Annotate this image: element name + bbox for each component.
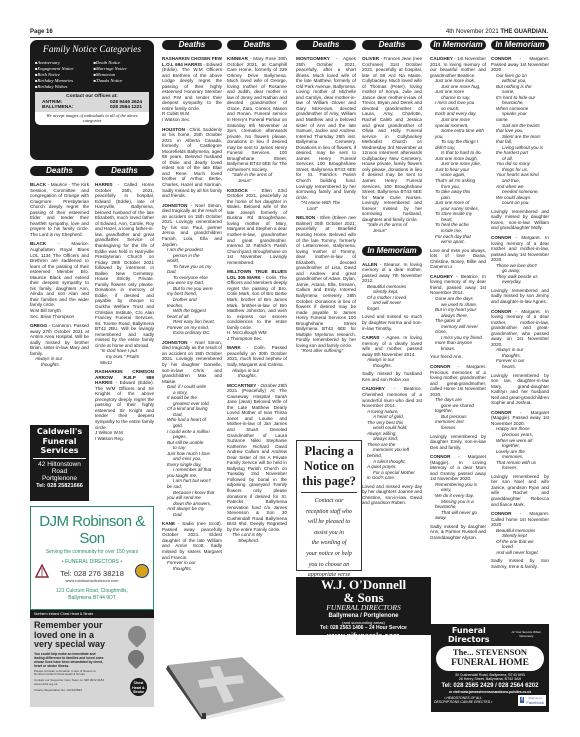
notice-text: BLACK - Maurice. Aughafatten Royal Blues… xyxy=(30,241,89,308)
ad-headstones: • HEADSTONES OF ALL DESCRIPTIONS CAN BE … xyxy=(434,696,492,705)
notice-name: JOHNSTON xyxy=(162,203,187,208)
divider xyxy=(301,492,357,493)
notice-body: - Cameron. Passed away 27th October 2021… xyxy=(30,323,89,356)
notices-list: CAUGHEY - 1st November 2014. In loving m… xyxy=(430,56,486,540)
ad-service: FUNERAL DIRECTORS xyxy=(296,604,431,613)
notice-entry: CONNOR - Margaret. In loving memory of a… xyxy=(491,309,549,406)
notice-body: - Colin. The Officers and Members deeply… xyxy=(227,275,287,330)
headline-line: Notice on xyxy=(297,459,361,474)
notice-text: CONNOR - Margaret. In loving memory of a… xyxy=(491,235,549,263)
notice-name: KISSOCK xyxy=(227,188,248,193)
verse-line: hearts. xyxy=(496,364,549,370)
notice-body: - Sadie (nee Scott). Passed away peacefu… xyxy=(162,521,222,559)
notice-name: CONNOR xyxy=(491,235,511,240)
notice-verse: Beautiful memoriesSilently keptOf the on… xyxy=(491,528,549,556)
notice-entry: CONNOR - Margaret (Maggie). Passed away … xyxy=(491,410,549,507)
notice-verse: "Safe in the arms ofJesus" xyxy=(227,172,287,183)
notice-body: - Chris. Suddenly at his home, 25th Octo… xyxy=(162,127,222,199)
notice-entry: JOHNSTON - Noel Simon, died tragically a… xyxy=(162,340,222,518)
address-line: 42 Hiltonstown xyxy=(30,461,89,468)
verse-line: Jesus" xyxy=(232,178,287,184)
column-7: In Memoriam CAUGHEY - 1st November 2014.… xyxy=(430,40,486,544)
verse-line: 56v11 xyxy=(100,360,154,366)
ad-body: You could help make an immediate and las… xyxy=(30,652,110,668)
notice-entry: CAUGHEY - Beatrice. Cherished memories o… xyxy=(362,386,422,505)
verse-line: Jesus" xyxy=(367,228,422,234)
ad-tagline: At Your Service When Necessary xyxy=(507,630,546,638)
notice-entry: GREGG - Cameron. Passed away 27th Octobe… xyxy=(30,323,89,367)
notice-body: - Ellen 23rd October 2021, peacefully at… xyxy=(227,188,287,265)
notice-verse: Our lives go onwithout you,But nothing i… xyxy=(491,73,549,206)
notice-text: RASHARKIN CHOSEN FEW L.O.L 694 HARRIS - … xyxy=(162,56,222,111)
dateline: 4th November 2021 THE GUARDIAN. xyxy=(446,29,548,35)
notice-text: CAUGHEY - Beatrice. In loving memory of … xyxy=(430,274,486,296)
verse-line: count on you. xyxy=(496,200,549,206)
column-8: In Memoriam CONNOR - Margaret. Passed aw… xyxy=(491,40,549,574)
notice-text: KANE - Sadie (nee Scott). Passed away pe… xyxy=(162,521,222,560)
notice-text: RASHARKIN CRIMSON ARROW R.B.P 989 HARRIS… xyxy=(95,369,154,430)
notice-entry: HARRIS - Called Home October 25th, 2021,… xyxy=(95,182,154,365)
notice-entry: BLACK - Maurice - The Kirk Session, Comm… xyxy=(30,182,89,237)
verse-line: Some extra time with xyxy=(435,128,486,134)
notice-name: HARRIS xyxy=(95,182,113,187)
notice-body: - Maurice - The Kirk Session, Committee … xyxy=(30,182,89,237)
address-line: Portglenone xyxy=(30,475,89,482)
notice-entry: KANE - Sadie (nee Scott). Passed away pe… xyxy=(162,521,222,571)
body-line: your notice or help xyxy=(297,549,361,560)
notice-entry: ALLEN - Eleanor. In loving memory of a d… xyxy=(362,262,422,332)
ad-title: Caldwell's Funeral Services xyxy=(30,427,89,456)
notice-text: NELSON - Ellen (Eileen nee Balmer) 25th … xyxy=(296,215,356,348)
notice-entry: KINNEAR - Mary Rose 30th October 2021, a… xyxy=(227,56,287,184)
address-line: Ballymena BT44 9DT xyxy=(31,595,153,602)
notice-signature: I Watson Reg. xyxy=(95,436,154,442)
notice-entry: CAUGHEY - 1st November 2014. In loving m… xyxy=(430,56,486,270)
notice-text: MARK - Colin. Passed peacefully on 30th … xyxy=(227,345,287,367)
column-2: Deaths HARRIS - Called Home October 25th… xyxy=(95,166,154,445)
ad-phone: Tel: 028 25821666 xyxy=(30,483,89,489)
notice-entry: CONNOR - Margaret. Called home 1st Novem… xyxy=(491,511,549,569)
ad-tagline: Serving the community for over 150 years xyxy=(31,549,153,555)
notice-verse: "At Home With TheLord" xyxy=(296,200,356,211)
notice-signoff: Loved and missed so much by daughter Nor… xyxy=(362,314,422,331)
category-item: Marriage Notice xyxy=(94,66,150,71)
section-header-in-memoriam: In Memoriam xyxy=(362,246,422,256)
ad-headline: Placing a Notice on this page? xyxy=(297,444,361,489)
notice-body: - Margaret. In loving memory of a dear m… xyxy=(491,309,549,347)
notice-entry: MCCARTNEY - October 28th 2021 (Peacefull… xyxy=(227,383,287,544)
notice-entry: NELSON - Ellen (Eileen nee Balmer) 25th … xyxy=(296,215,356,354)
notice-text: ALLEN - Eleanor. In loving memory of a d… xyxy=(362,262,422,284)
notice-name: BLACK xyxy=(30,241,46,246)
notice-signature: J Thompson Sec. xyxy=(227,336,287,342)
notice-signoff: Lovingly remembered and sadly missed by … xyxy=(491,209,549,231)
address-line: Road xyxy=(30,468,89,475)
ad-title: DJM Robinson & Son xyxy=(31,513,153,547)
notice-verse: The Lord is MyShepherd. xyxy=(227,532,287,543)
section-header-deaths: Deaths xyxy=(296,40,356,50)
notice-body: - Edward (Eddie). The W/M Officers and S… xyxy=(95,380,154,429)
notice-verse: Forever in ourthoughts. xyxy=(162,560,222,571)
notices-list: MONTGOMERY - Agnes 25th October 2021, pe… xyxy=(296,56,356,354)
notice-name: MCCARTNEY xyxy=(227,383,256,388)
notice-entry: CONNOR - Margaret. In loving memory of a… xyxy=(491,235,549,305)
column-5: Deaths MONTGOMERY - Agnes 25th October 2… xyxy=(296,40,356,358)
association-logo-icon xyxy=(35,564,49,578)
headline-line: Placing a xyxy=(297,444,361,459)
verse-line: "Rest after suffering" xyxy=(301,348,356,354)
notice-name: CAUGHEY xyxy=(362,386,385,391)
notice-name: CONNOR xyxy=(491,56,511,61)
notice-name: KANE xyxy=(162,521,175,526)
notice-body: - Ellen (Eileen nee Balmer) 25th October… xyxy=(296,215,356,348)
category-item: Memorian xyxy=(94,72,150,77)
ad-stevenson-funeral-home: Funeral Directors At Your Service When N… xyxy=(431,624,549,712)
facebook-badge[interactable]: f Find us on Facebook xyxy=(518,695,546,706)
column-4: Deaths KINNEAR - Mary Rose 30th October … xyxy=(227,40,287,547)
ad-title: The... STEVENSON FUNERAL HOME xyxy=(436,646,544,671)
notice-body: - October 28th 2021 (Peacefully) At The … xyxy=(227,383,287,532)
notice-verse: A loving nature,A heart of gold,The very… xyxy=(362,409,422,481)
notice-signoff: Loved and missed every day by her daught… xyxy=(362,484,422,506)
notices-list: KINNEAR - Mary Rose 30th October 2021, a… xyxy=(227,56,287,543)
notice-text: MCCARTNEY - October 28th 2021 (Peacefull… xyxy=(227,383,287,533)
notice-verse: I am the proudestperson in theworld,To h… xyxy=(162,247,222,336)
ad-service: • FUNERAL DIRECTORS • xyxy=(31,559,153,565)
notice-text: HARRIS - Called Home October 25th, 2021,… xyxy=(95,182,154,348)
notice-name: CONNOR xyxy=(430,454,450,459)
notice-entry: RASHARKIN CHOSEN FEW L.O.L 694 HARRIS - … xyxy=(162,56,222,123)
notice-text: CONNOR - Margaret. Called home 1st Novem… xyxy=(491,511,549,528)
section-header-in-memoriam: In Memoriam xyxy=(430,40,486,50)
category-item: Death Notice xyxy=(94,60,150,65)
notice-verse: Happy are thoseprecious years,When we we… xyxy=(491,426,549,470)
category-item: Thanks Notice xyxy=(94,78,150,83)
divider xyxy=(33,458,86,459)
verse-line: thoughts. xyxy=(232,373,287,379)
notice-name: HOUSTON xyxy=(162,127,185,132)
notice-signoff: Lovingly remembered by her son Noel and … xyxy=(491,474,549,507)
notice-verse: Just one more look,Just one more hug,Jus… xyxy=(430,78,486,244)
notice-text: HOUSTON - Chris. Suddenly at his home, 2… xyxy=(162,127,222,199)
verse-line: thoughts. xyxy=(35,362,89,368)
ad-caldwells-funeral-services: Caldwell's Funeral Services 42 Hiltonsto… xyxy=(30,425,89,501)
verse-line: in God's care. xyxy=(367,475,422,481)
notices-list: CONNOR - Margaret. Passed away 1st Novem… xyxy=(491,56,549,570)
contact-offices: Contact our Offices at: ANTRIM: 028 9446… xyxy=(35,92,149,112)
notice-verse: Those we love don'tgo away,They walk bes… xyxy=(491,263,549,285)
notice-name: JOHNSTON xyxy=(162,340,187,345)
notice-entry: KISSOCK - Ellen 23rd October 2021, peace… xyxy=(227,188,287,266)
notices-list: RASHARKIN CHOSEN FEW L.O.L 694 HARRIS - … xyxy=(162,56,222,571)
ad-footer: • HEADSTONES OF ALL DESCRIPTIONS CAN BE … xyxy=(431,694,549,707)
notice-text: JOHNSTON - Noel Simon, died tragically a… xyxy=(162,340,222,384)
category-item: Engagement Notice xyxy=(35,66,91,71)
verse-line: Rest easy lion heart, xyxy=(167,319,222,325)
notice-signoff: Lovingly remembered by daughter Emily, s… xyxy=(430,434,486,451)
notice-verse: Beautiful memoriessilently kept,Of a mot… xyxy=(362,284,422,312)
title-line: The... STEVENSON xyxy=(436,646,544,658)
notice-text: OLIVER - Frances Jean (nee Cochrane) 31s… xyxy=(362,56,422,222)
notice-signoff: Your friend Ann. xyxy=(430,354,486,360)
images-note: We accept images of individuals in all o… xyxy=(35,112,149,125)
verse-line: Extra ordinary DC. xyxy=(167,330,222,336)
notice-entry: CONNOR - Margaret. Precious memories of … xyxy=(430,364,486,450)
notice-name: CAIRNS xyxy=(362,335,380,340)
notice-text: JOHNSTON - Noel Simon, died tragically a… xyxy=(162,203,222,247)
verse-line: Dad. xyxy=(167,512,222,518)
categories-list: Anniversary Death Notice Engagement Noti… xyxy=(35,60,149,89)
notice-name: GREGG xyxy=(30,323,47,328)
notice-entry: CONNOR - Margaret (Maggie). In Loving Me… xyxy=(430,454,486,540)
body-line: the wording of xyxy=(297,538,361,549)
notice-body: - Noel Simon, died tragically as the res… xyxy=(162,340,222,384)
ad-contact: Contact our Supporter Care Team on 028 9… xyxy=(30,677,110,687)
masthead: THE GUARDIAN. xyxy=(500,29,548,35)
notice-verse: Always in ourthoughts. xyxy=(362,357,422,368)
ad-address: 30 Cushendall Road, Ballymena, BT43 6HD … xyxy=(431,673,549,682)
ad-header: Funeral Directors At Your Service When N… xyxy=(431,624,549,644)
notice-signoff: Love and miss you always, lots of love D… xyxy=(430,248,486,270)
category-item: Birthday Memories xyxy=(35,78,91,83)
notice-signature: Sec. Brian Thompson xyxy=(30,314,89,320)
notice-text: CAIRNS - Agnes. In loving memory of a de… xyxy=(362,335,422,357)
notice-signoff: Sadly missed by daughter Ann, & Partner … xyxy=(430,524,486,541)
section-header-deaths: Deaths xyxy=(227,40,287,50)
issue-date: 4th November 2021 xyxy=(446,29,499,35)
notice-entry: HOUSTON - Chris. Suddenly at his home, 2… xyxy=(162,127,222,199)
notice-text: CAUGHEY - Beatrice. Cherished memories o… xyxy=(362,386,422,408)
facebook-icon: f xyxy=(520,697,525,703)
notice-signoff: Sadly missed by Son Sammy, Irene & famil… xyxy=(491,558,549,569)
notice-body: - Noel Simon, died tragically as the res… xyxy=(162,203,222,247)
notice-signature: I Watson Sec. xyxy=(162,117,222,123)
verse-line: forever. xyxy=(435,425,486,431)
notice-name: CAUGHEY xyxy=(430,56,453,61)
notice-verse: "In God have I putmy trust." Psalm56v11 xyxy=(95,348,154,365)
notice-verse: Remembering you iseasy,We do it every da… xyxy=(430,482,486,521)
notice-body: - Maurice. Aughafatten Royal Blues LOL 1… xyxy=(30,241,89,307)
category-item: Anniversary xyxy=(35,60,91,65)
facebook-name: Facebook xyxy=(526,700,544,705)
chss-logo-icon: Chest Heart & Stroke xyxy=(130,678,147,696)
column-6: Deaths OLIVER - Frances Jean (nee Cochra… xyxy=(362,40,422,510)
section-header-deaths: Deaths xyxy=(95,166,154,176)
contact-heading: Contact our Offices at: xyxy=(38,94,146,99)
notices-list: HARRIS - Called Home October 25th, 2021,… xyxy=(95,182,154,441)
notice-name: ALLEN xyxy=(362,262,377,267)
notice-entry: OLIVER - Frances Jean (nee Cochrane) 31s… xyxy=(362,56,422,234)
family-notice-categories-box: Family Notice Categories Anniversary Dea… xyxy=(30,40,154,160)
ad-org: Northern Ireland Chest Heart & Stroke xyxy=(30,610,154,618)
verse-line: thoughts. xyxy=(367,363,422,369)
notice-name: MONTGOMERY xyxy=(296,56,330,61)
ad-title-line: Caldwell's xyxy=(30,427,89,437)
notices-list: OLIVER - Frances Jean (nee Cochrane) 31s… xyxy=(362,56,422,234)
notices-list: ALLEN - Eleanor. In loving memory of a d… xyxy=(362,262,422,506)
notice-name: KINNEAR xyxy=(227,56,248,61)
verse-line: forever. xyxy=(496,465,549,471)
ad-phone: Tel: 028 2565 2429 / 028 2564 6202 xyxy=(431,682,549,690)
verse-line: thoughts. xyxy=(167,566,222,572)
notice-text: BLACK - Maurice - The Kirk Session, Comm… xyxy=(30,182,89,237)
ad-website: www.robinsonsofculcrum.com xyxy=(31,578,153,583)
section-header-in-memoriam: In Memoriam xyxy=(491,40,549,50)
notice-entry: CONNOR - Margaret. Passed away 1st Novem… xyxy=(491,56,549,231)
category-item: Birth Notice xyxy=(35,72,91,77)
notice-name: CONNOR xyxy=(491,511,511,516)
notice-name: CONNOR xyxy=(491,309,511,314)
notice-name: CONNOR xyxy=(430,364,450,369)
notice-name: CONNOR xyxy=(491,410,511,415)
heart-icon xyxy=(124,622,149,647)
categories-title: Family Notice Categories xyxy=(35,45,149,55)
ad-charity-number: Charity Registration No. NIC103593 xyxy=(30,687,110,693)
notice-verse: "Safe in the arms ofJesus" xyxy=(362,222,422,233)
notice-verse: Gone are the dayswe used to share,But in… xyxy=(430,296,486,351)
notice-signoff: Lovingly remembered by son Ian, daughter… xyxy=(491,373,549,406)
body-line: will be pleased to xyxy=(297,517,361,528)
office-name: BALLYMENA: xyxy=(42,105,73,110)
office-phone: 028 2564 1221 xyxy=(110,105,142,110)
section-header-deaths: Deaths xyxy=(362,40,422,50)
notice-text: CONNOR - Margaret (Maggie). Passed away … xyxy=(491,410,549,427)
notice-body: - Edward (Eddie). The W.M Officers and B… xyxy=(162,62,222,111)
notices-list: BLACK - Maurice - The Kirk Session, Comm… xyxy=(30,182,89,368)
ad-website[interactable]: www.nifunerals.com xyxy=(296,631,431,640)
verse-line: forget. xyxy=(367,306,422,312)
bible-illustration-icon xyxy=(162,655,290,720)
verse-line: Shepherd. xyxy=(232,538,287,544)
ad-address: 42 Hiltonstown Road Portglenone xyxy=(30,461,89,482)
section-header-deaths: Deaths xyxy=(30,166,89,176)
verse-line: knows. xyxy=(435,346,486,352)
ad-chest-heart-stroke: Northern Ireland Chest Heart & Stroke Re… xyxy=(30,610,154,707)
ad-heading: Funeral Directors xyxy=(434,626,504,644)
notice-name: OLIVER xyxy=(362,56,379,61)
ad-title: W.J. O'Donnell & Sons xyxy=(296,578,431,604)
notice-name: CAUGHEY xyxy=(430,274,453,279)
ad-wj-odonnell: W.J. O'Donnell & Sons FUNERAL DIRECTORS … xyxy=(296,577,431,635)
notice-text: CAUGHEY - 1st November 2014. In loving m… xyxy=(430,56,486,78)
heart-icon xyxy=(125,647,148,670)
page-number: Page 16 xyxy=(30,29,53,35)
headstones-line: DESCRIPTIONS CAN BE ERECTED • xyxy=(434,700,492,704)
notice-verse: "Rest after suffering" xyxy=(296,348,356,354)
newspaper-page: Page 16 4th November 2021 THE GUARDIAN. … xyxy=(0,0,580,737)
notice-entry: BLACK - Maurice. Aughafatten Royal Blues… xyxy=(30,241,89,319)
column-1: Deaths BLACK - Maurice - The Kirk Sessio… xyxy=(30,166,89,372)
notice-entry: CAUGHEY - Beatrice. In loving memory of … xyxy=(430,274,486,360)
headline-line: this page? xyxy=(297,474,361,489)
verse-line: everyday. xyxy=(496,279,549,285)
body-line: reception staff who xyxy=(297,507,361,518)
notice-entry: RASHARKIN CRIMSON ARROW R.B.P 989 HARRIS… xyxy=(95,369,154,441)
notice-entry: MONTGOMERY - Agnes 25th October 2021, pe… xyxy=(296,56,356,211)
verse-line: Lord" xyxy=(301,206,356,212)
notice-body: - Frances Jean (nee Cochrane) 31st Octob… xyxy=(362,56,422,222)
ad-instruction: Please consider a donation in lieu of fl… xyxy=(30,668,110,678)
notice-verse: The days aregone we sharedtogether,But p… xyxy=(430,397,486,430)
notice-body: - Mary Rose 30th October 2021, at Camphi… xyxy=(227,56,287,172)
office-ballymena: BALLYMENA: 028 2564 1221 xyxy=(38,105,146,110)
notice-name: BLACK xyxy=(30,182,46,187)
ad-address: 121 Culcrum Road, Cloughmills, Ballymena… xyxy=(31,588,153,601)
ad-placing-a-notice: Placing a Notice on this page? Contact o… xyxy=(296,440,362,571)
notice-text: KINNEAR - Mary Rose 30th October 2021, a… xyxy=(227,56,287,172)
facebook-label: Find us on Facebook xyxy=(526,696,544,705)
ad-headline: Remember your loved one in a very specia… xyxy=(30,618,115,652)
column-3: Deaths RASHARKIN CHOSEN FEW L.O.L 694 HA… xyxy=(162,40,222,575)
notice-body: - Margaret. Precious memories of a lovin… xyxy=(430,364,486,397)
title-line: FUNERAL HOME xyxy=(436,658,544,669)
crest-logo-icon xyxy=(135,564,149,578)
notice-text: MILLTOWN TRUE BLUES LOL 305 MARK - Colin… xyxy=(227,269,287,330)
notice-verse: Dad, if I could writea story,It would be… xyxy=(162,384,222,517)
notice-verse: Always in ourthoughts. xyxy=(30,356,89,367)
notice-signoff: Lovingly remembered and sadly missed by … xyxy=(491,288,549,305)
notice-entry: CAIRNS - Agnes. In loving memory of a de… xyxy=(362,335,422,382)
notice-text: KISSOCK - Ellen 23rd October 2021, peace… xyxy=(227,188,287,266)
notice-text: CONNOR - Margaret (Maggie). In Loving Me… xyxy=(430,454,486,482)
ad-title-line: Funeral xyxy=(30,437,89,447)
notice-name: NELSON xyxy=(296,215,315,220)
notice-text: CONNOR - Margaret. Precious memories of … xyxy=(430,364,486,397)
section-header-deaths: Deaths xyxy=(162,40,222,50)
verse-line: we're apart. xyxy=(435,239,486,245)
notice-signoff: Sadly missed by husband Ken and son Robi… xyxy=(362,371,422,382)
notice-name: MARK xyxy=(227,345,241,350)
notice-body: - Agnes 25th October 2021, peacefully, a… xyxy=(296,56,356,200)
notice-text: MONTGOMERY - Agnes 25th October 2021, pe… xyxy=(296,56,356,200)
body-line: you to choose an xyxy=(297,560,361,571)
ad-djm-robinson: DJM Robinson & Son Serving the community… xyxy=(30,506,154,610)
body-line: Contact our xyxy=(297,496,361,507)
notice-entry: MARK - Colin. Passed peacefully on 30th … xyxy=(227,345,287,378)
notice-text: GREGG - Cameron. Passed away 27th Octobe… xyxy=(30,323,89,356)
ad-locations: Ballymena / Portglenone xyxy=(296,613,431,620)
notice-entry: JOHNSTON - Noel Simon, died tragically a… xyxy=(162,203,222,336)
notice-text: CONNOR - Margaret. Passed away 1st Novem… xyxy=(491,56,549,73)
ad-title-line: Services xyxy=(30,446,89,456)
notice-verse: Always in ourthoughts,Forever in ourhear… xyxy=(491,347,549,369)
notice-entry: MILLTOWN TRUE BLUES LOL 305 MARK - Colin… xyxy=(227,269,287,341)
body-line: assist you in xyxy=(297,528,361,539)
category-item: Birthday Wishes xyxy=(35,84,91,89)
notice-verse: Always in ourthoughts. xyxy=(227,368,287,379)
verse-line: away. xyxy=(435,515,486,521)
notice-body: - Called Home October 25th, 2021, peacef… xyxy=(95,182,154,348)
verse-line: And will never forget. xyxy=(496,550,549,556)
notice-text: CONNOR - Margaret. In loving memory of a… xyxy=(491,309,549,348)
